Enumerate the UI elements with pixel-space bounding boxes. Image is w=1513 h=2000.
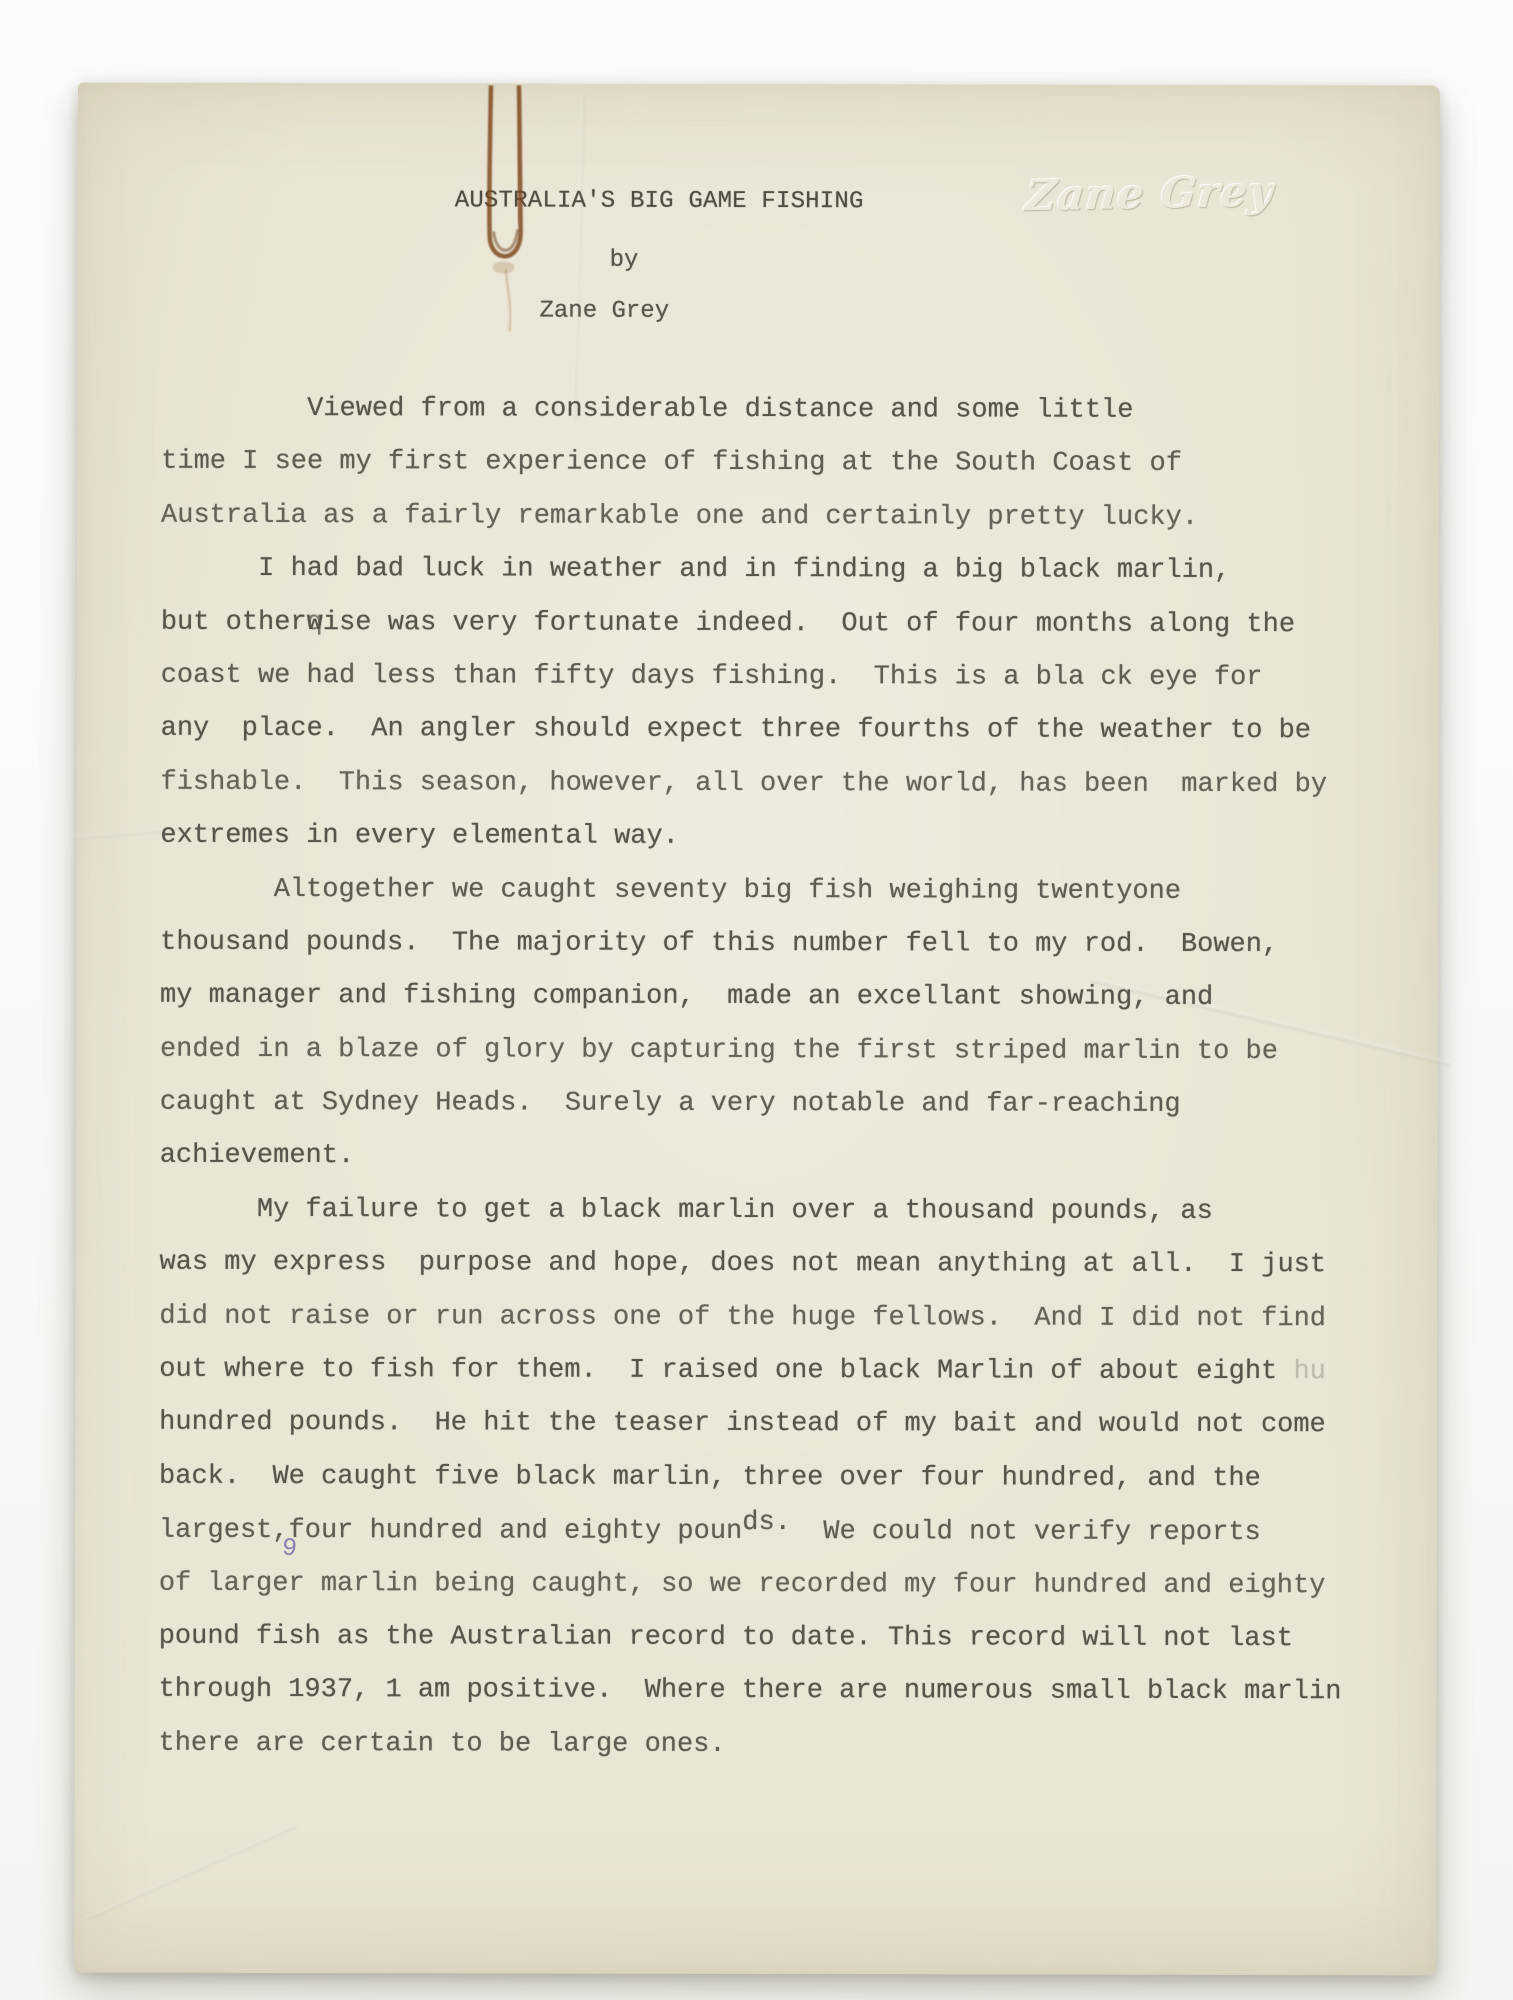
typed-line: Altogether we caught seventy big fish we… [160,863,1410,919]
typed-line: largest,9four hundred and eighty pounds.… [159,1504,1409,1560]
paper-crease [573,92,585,422]
typed-line: my manager and fishing companion, made a… [160,970,1410,1026]
typed-line: fishable. This season, however, all over… [160,756,1410,812]
document-title: AUSTRALIA'S BIG GAME FISHING [455,187,864,215]
typed-line: My failure to get a black marlin over a … [160,1184,1410,1240]
typed-line: Australia as a fairly remarkable one and… [161,490,1411,546]
paper-crease [85,1824,297,1920]
typed-line: I had bad luck in weather and in finding… [161,543,1411,599]
typed-line: caught at Sydney Heads. Surely a very no… [160,1077,1410,1133]
typed-line: ended in a blaze of glory by capturing t… [160,1023,1410,1079]
typed-line: extremes in every elemental way. [160,810,1410,866]
typed-line: back. We caught five black marlin, three… [159,1451,1409,1507]
manuscript-page: Zane Grey AUSTRALIA'S BIG GAME FISHING b… [74,83,1440,1976]
embossed-author-stamp: Zane Grey [1024,166,1288,220]
typed-line: but otherwqise was very fortunate indeed… [161,596,1411,652]
typed-line: hundred pounds. He hit the teaser instea… [159,1397,1409,1453]
typed-line: out where to fish for them. I raised one… [159,1344,1409,1400]
typed-line: pound fish as the Australian record to d… [159,1611,1409,1667]
typed-line: coast we had less than fifty days fishin… [161,650,1411,706]
typed-line: was my express purpose and hope, does no… [159,1237,1409,1293]
typed-line: thousand pounds. The majority of this nu… [160,917,1410,973]
typed-line: time I see my first experience of fishin… [161,436,1411,492]
byline: by [610,247,639,274]
typed-line: of larger marlin being caught, so we rec… [159,1557,1409,1613]
author-name: Zane Grey [539,298,669,325]
typed-line: through 1937, 1 am positive. Where there… [159,1664,1409,1720]
typed-line: did not raise or run across one of the h… [159,1290,1409,1346]
typescript-body: Viewed from a considerable distance and … [158,383,1411,1774]
typed-line: there are certain to be large ones. [158,1718,1408,1774]
photo-backdrop: Zane Grey AUSTRALIA'S BIG GAME FISHING b… [0,0,1513,2000]
typed-line: any place. An angler should expect three… [161,703,1411,759]
typed-line: Viewed from a considerable distance and … [161,383,1411,439]
typed-line: achievement. [160,1130,1410,1186]
